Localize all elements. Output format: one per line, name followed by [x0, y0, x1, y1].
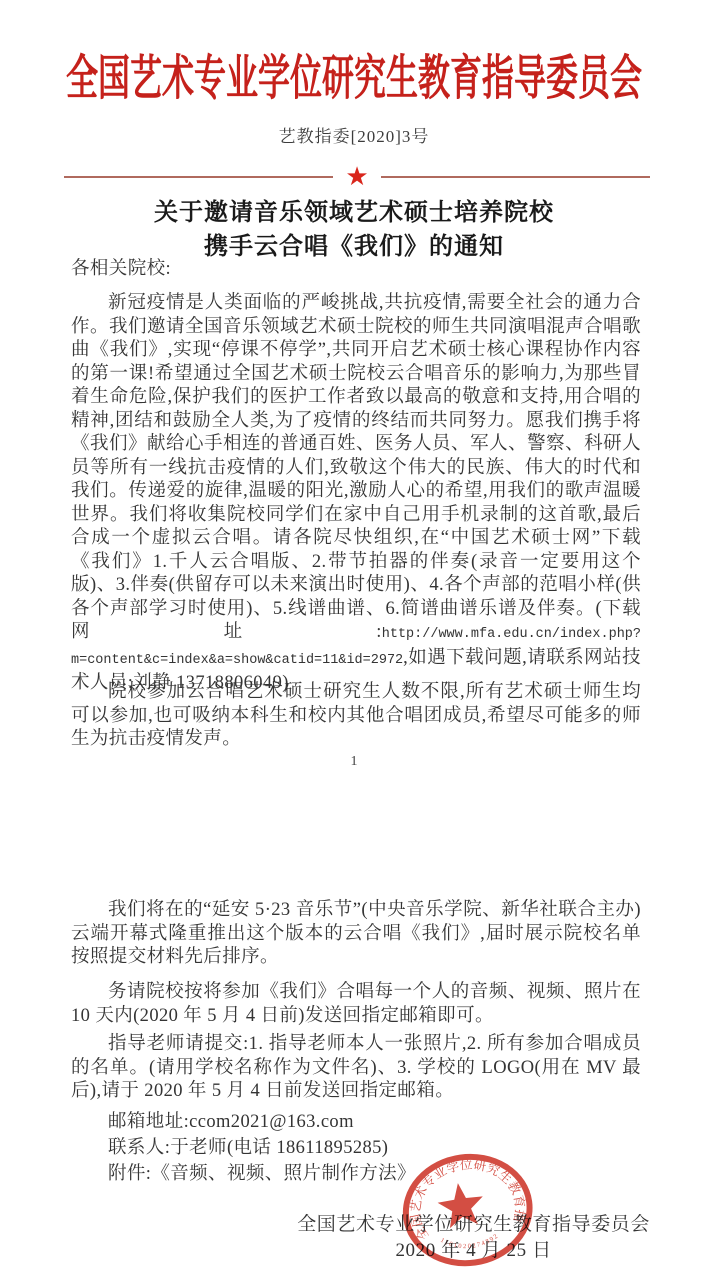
paragraph-2: 院校参加云合唱艺术硕士研究生人数不限,所有艺术硕士师生均可以参加,也可吸纳本科生… — [71, 681, 641, 752]
contact-line: 联系人:于老师(电话 18611895285) — [108, 1136, 648, 1160]
letterhead-title: 全国艺术专业学位研究生教育指导委员会 — [0, 40, 708, 109]
email-line: 邮箱地址:ccom2021@163.com — [108, 1110, 648, 1134]
paragraph-3: 我们将在的“延安 5·23 音乐节”(中央音乐学院、新华社联合主办)云端开幕式隆… — [71, 899, 641, 970]
star-icon: ★ — [345, 164, 368, 190]
salutation: 各相关院校: — [71, 258, 641, 282]
page-number: 1 — [0, 754, 708, 770]
rule-line-left — [64, 176, 333, 178]
paragraph-1-text: 新冠疫情是人类面临的严峻挑战,共抗疫情,需要全社会的通力合作。我们邀请全国音乐领… — [71, 293, 641, 642]
document-page: 全国艺术专业学位研究生教育指导委员会 艺教指委[2020]3号 ★ 关于邀请音乐… — [0, 0, 708, 1284]
rule-divider: ★ — [64, 164, 650, 190]
paragraph-5: 指导老师请提交:1. 指导老师本人一张照片,2. 所有参加合唱成员的名单。(请用… — [71, 1033, 641, 1104]
email-value: ccom2021@163.com — [189, 1112, 354, 1132]
doc-number: 艺教指委[2020]3号 — [0, 122, 708, 147]
rule-line-right — [381, 176, 650, 178]
svg-text:1101020274892: 1101020274892 — [438, 1229, 501, 1254]
seal-star-icon — [435, 1180, 486, 1229]
notice-title: 关于邀请音乐领域艺术硕士培养院校 携手云合唱《我们》的通知 — [0, 196, 708, 264]
paragraph-1: 新冠疫情是人类面临的严峻挑战,共抗疫情,需要全社会的通力合作。我们邀请全国音乐领… — [71, 292, 641, 696]
paragraph-4: 务请院校按将参加《我们》合唱每一个人的音频、视频、照片在 10 天内(2020 … — [71, 981, 641, 1028]
attachment-line: 附件:《音频、视频、照片制作方法》 — [108, 1162, 648, 1186]
notice-title-line1: 关于邀请音乐领域艺术硕士培养院校 — [0, 196, 708, 230]
email-label: 邮箱地址: — [108, 1112, 189, 1132]
seal-number: 1101020274892 — [438, 1229, 501, 1254]
official-seal: 全国艺术专业学位研究生教育指导委员会 1101020274892 — [388, 1139, 548, 1284]
